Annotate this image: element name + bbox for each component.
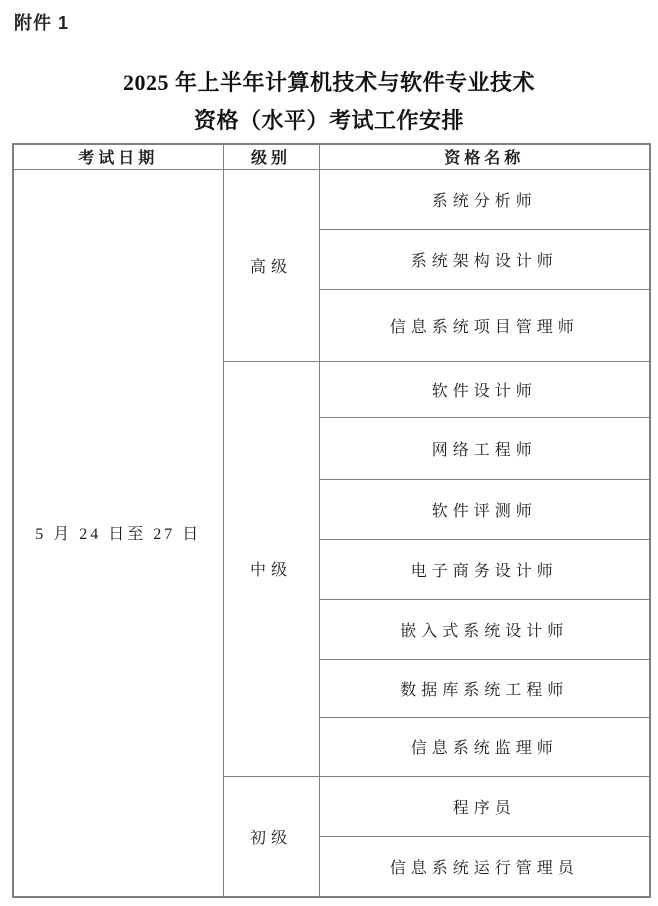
qualification-cell: 系统架构设计师 — [319, 229, 650, 289]
qualification-cell: 程序员 — [319, 776, 650, 836]
qualification-cell: 嵌入式系统设计师 — [319, 599, 650, 659]
title-line-2: 资格（水平）考试工作安排 — [0, 102, 658, 140]
qualification-cell: 电子商务设计师 — [319, 539, 650, 599]
qualification-cell: 软件评测师 — [319, 479, 650, 539]
document-title: 2025 年上半年计算机技术与软件专业技术 资格（水平）考试工作安排 — [0, 64, 658, 140]
qualification-cell: 系统分析师 — [319, 169, 650, 229]
exam-schedule-table: 考试日期 级别 资格名称 5 月 24 日至 27 日 高级 系统分析师 系统架… — [12, 143, 651, 898]
table-row: 5 月 24 日至 27 日 高级 系统分析师 — [13, 169, 650, 229]
qualification-cell: 软件设计师 — [319, 361, 650, 417]
title-line-1: 2025 年上半年计算机技术与软件专业技术 — [0, 64, 658, 102]
level-cell-intermediate: 中级 — [223, 361, 319, 776]
level-cell-advanced: 高级 — [223, 169, 319, 361]
header-exam-date: 考试日期 — [13, 144, 223, 169]
qualification-cell: 信息系统项目管理师 — [319, 289, 650, 361]
attachment-label: 附件 1 — [14, 9, 69, 35]
header-level: 级别 — [223, 144, 319, 169]
table-header-row: 考试日期 级别 资格名称 — [13, 144, 650, 169]
qualification-cell: 网络工程师 — [319, 417, 650, 479]
level-cell-elementary: 初级 — [223, 776, 319, 897]
exam-date-cell: 5 月 24 日至 27 日 — [13, 169, 223, 897]
qualification-cell: 数据库系统工程师 — [319, 659, 650, 717]
qualification-cell: 信息系统监理师 — [319, 717, 650, 776]
header-qualification: 资格名称 — [319, 144, 650, 169]
qualification-cell: 信息系统运行管理员 — [319, 836, 650, 897]
